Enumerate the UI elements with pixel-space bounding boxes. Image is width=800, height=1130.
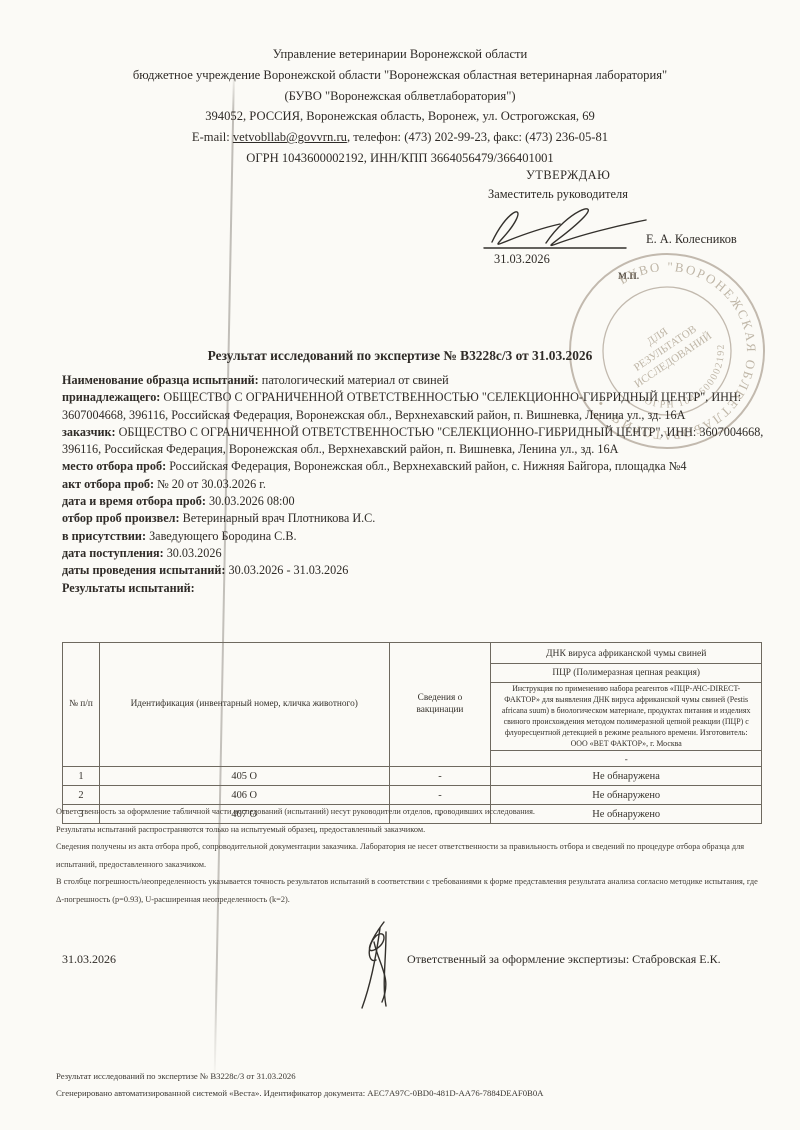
phone-fax: , телефон: (473) 202-99-23, факс: (473) … — [347, 130, 608, 144]
disclaimer-note: Ответственность за оформление табличной … — [56, 803, 764, 821]
disclaimer-note: Результаты испытаний распространяются то… — [56, 821, 764, 839]
col-header-dash: - — [491, 751, 762, 767]
org-name-line3: (БУВО "Воронежская облветлаборатория") — [50, 86, 750, 107]
disclaimer-note: В столбце погрешность/неопределенность у… — [56, 873, 764, 908]
col-header-num: № п/п — [63, 643, 100, 767]
field-line: Наименование образца испытаний: патологи… — [62, 372, 764, 389]
document-footer: Результат исследований по экспертизе № В… — [56, 1068, 764, 1102]
disclaimer-notes: Ответственность за оформление табличной … — [56, 803, 764, 909]
table-row: 1405 О-Не обнаружена — [63, 767, 762, 786]
col-header-vaccination: Сведения о вакцинации — [389, 643, 491, 767]
col-header-instruction: Инструкция по применению набора реагенто… — [491, 683, 762, 751]
col-header-method: ПЦР (Полимеразная цепная реакция) — [491, 664, 762, 683]
letterhead: Управление ветеринарии Воронежской облас… — [50, 44, 750, 169]
table-cell-num: 1 — [63, 767, 100, 786]
executor-label: Ответственный за оформление экспертизы: … — [407, 952, 721, 967]
field-line: Результаты испытаний: — [62, 580, 764, 597]
email-link[interactable]: vetvobllab@govvrn.ru — [233, 130, 347, 144]
footer-line1: Результат исследований по экспертизе № В… — [56, 1068, 764, 1085]
field-line: отбор проб произвел: Ветеринарный врач П… — [62, 510, 764, 527]
field-line: место отбора проб: Российская Федерация,… — [62, 458, 764, 475]
table-cell-result: Не обнаружена — [491, 767, 762, 786]
field-line: заказчик: ОБЩЕСТВО С ОГРАНИЧЕННОЙ ОТВЕТС… — [62, 424, 764, 459]
org-name-line1: Управление ветеринарии Воронежской облас… — [50, 44, 750, 65]
approval-title: УТВЕРЖДАЮ — [526, 166, 788, 185]
table-cell-vacc: - — [389, 767, 491, 786]
footer-line2: Сгенерировано автоматизированной системо… — [56, 1085, 764, 1102]
document-page: Управление ветеринарии Воронежской облас… — [0, 0, 800, 1130]
email-label: E-mail: — [192, 130, 230, 144]
signoff-date: 31.03.2026 — [62, 952, 116, 967]
field-line: принадлежащего: ОБЩЕСТВО С ОГРАНИЧЕННОЙ … — [62, 389, 764, 424]
results-table: № п/п Идентификация (инвентарный номер, … — [62, 642, 762, 824]
field-line: даты проведения испытаний: 30.03.2026 - … — [62, 562, 764, 579]
disclaimer-note: Сведения получены из акта отбора проб, с… — [56, 838, 764, 873]
org-contacts-line: E-mail: vetvobllab@govvrn.ru, телефон: (… — [50, 127, 750, 148]
executor-signature-icon — [350, 920, 408, 1012]
field-line: акт отбора проб: № 20 от 30.03.2026 г. — [62, 476, 764, 493]
col-header-test: ДНК вируса африканской чумы свиней — [491, 643, 762, 664]
org-name-line2: бюджетное учреждение Воронежской области… — [50, 65, 750, 86]
results-table-wrap: № п/п Идентификация (инвентарный номер, … — [62, 642, 762, 824]
field-line: в присутствии: Заведующего Бородина С.В. — [62, 528, 764, 545]
approver-signature-icon — [476, 198, 656, 258]
org-address: 394052, РОССИЯ, Воронежская область, Вор… — [50, 106, 750, 127]
field-line: дата поступления: 30.03.2026 — [62, 545, 764, 562]
page-title: Результат исследований по экспертизе № В… — [50, 348, 750, 364]
col-header-identification: Идентификация (инвентарный номер, кличка… — [99, 643, 389, 767]
table-cell-id: 405 О — [99, 767, 389, 786]
field-line: дата и время отбора проб: 30.03.2026 08:… — [62, 493, 764, 510]
sample-fields: Наименование образца испытаний: патологи… — [62, 372, 764, 597]
